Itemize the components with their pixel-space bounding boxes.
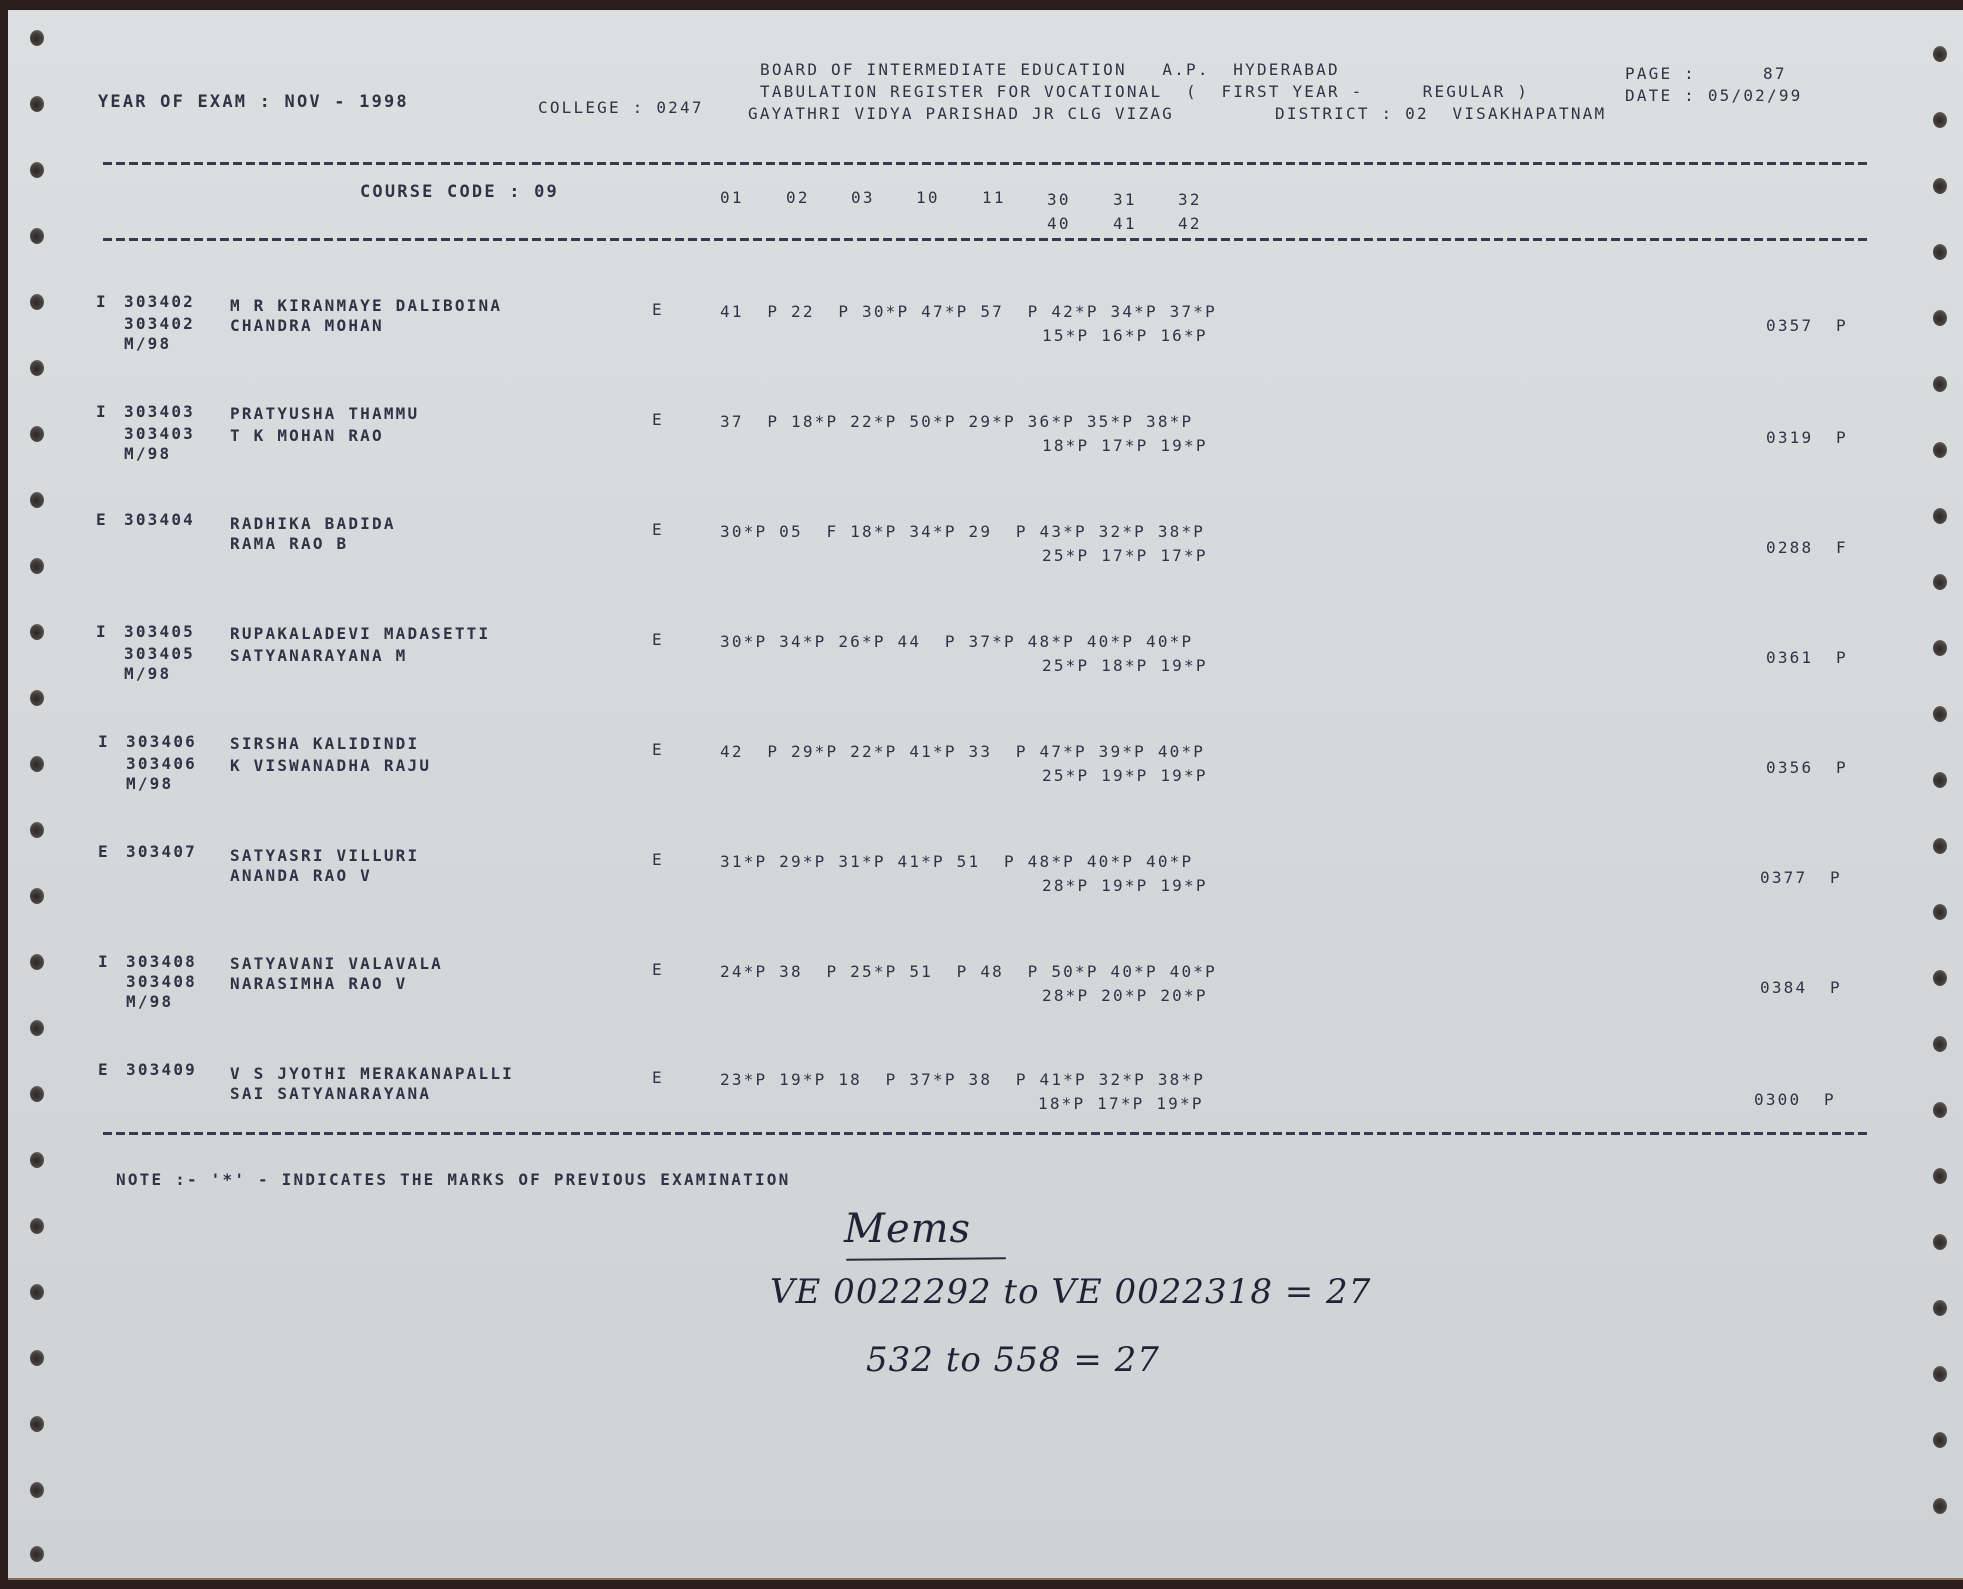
marks-row2: 28*P 19*P 19*P — [1042, 876, 1208, 895]
result-status: P — [1836, 648, 1848, 667]
student-name: M R KIRANMAYE DALIBOINA — [230, 296, 502, 315]
subject-code: 01 — [720, 188, 744, 207]
footnote: NOTE :- '*' - INDICATES THE MARKS OF PRE… — [116, 1170, 790, 1189]
previous-exam: M/98 — [124, 664, 171, 683]
total-marks: 0356 — [1766, 758, 1813, 777]
college-name: GAYATHRI VIDYA PARISHAD JR CLG VIZAG — [748, 104, 1174, 123]
hall-ticket-number: 303408 — [126, 952, 197, 971]
total-marks: 0377 — [1760, 868, 1807, 887]
medium: E — [652, 740, 664, 759]
hall-ticket-number: 303404 — [124, 510, 195, 529]
left-tractor-feed-holes — [30, 10, 60, 1578]
medium: E — [652, 960, 664, 979]
marks-row1: 31*P 29*P 31*P 41*P 51 P 48*P 40*P 40*P — [720, 852, 1193, 871]
feed-hole-icon — [1933, 904, 1947, 920]
feed-hole-icon — [30, 294, 44, 310]
feed-hole-icon — [30, 1020, 44, 1036]
feed-hole-icon — [30, 96, 44, 112]
reference-number: 303406 — [126, 754, 197, 773]
medium: E — [652, 520, 664, 539]
parent-name: NARASIMHA RAO V — [230, 974, 408, 993]
medium: E — [652, 300, 664, 319]
signature-underline — [846, 1257, 1006, 1260]
register-title: TABULATION REGISTER FOR VOCATIONAL ( FIR… — [760, 82, 1529, 101]
feed-hole-icon — [1933, 1366, 1947, 1382]
reference-number: 303405 — [124, 644, 195, 663]
parent-name: T K MOHAN RAO — [230, 426, 384, 445]
candidate-type: I — [96, 402, 108, 421]
total-marks: 0357 — [1766, 316, 1813, 335]
marks-row1: 42 P 29*P 22*P 41*P 33 P 47*P 39*P 40*P — [720, 742, 1205, 761]
total-marks: 0384 — [1760, 978, 1807, 997]
feed-hole-icon — [30, 228, 44, 244]
course-code: COURSE CODE : 09 — [360, 182, 559, 202]
candidate-type: I — [98, 952, 110, 971]
medium: E — [652, 410, 664, 429]
result-status: F — [1836, 538, 1848, 557]
feed-hole-icon — [30, 558, 44, 574]
handwritten-serial-range: VE 0022292 to VE 0022318 = 27 — [770, 1272, 1371, 1312]
subject-code: 30 — [1047, 190, 1071, 209]
feed-hole-icon — [1933, 1498, 1947, 1514]
marks-row2: 25*P 17*P 17*P — [1042, 546, 1208, 565]
feed-hole-icon — [1933, 1432, 1947, 1448]
feed-hole-icon — [1933, 1036, 1947, 1052]
page-label: PAGE : — [1625, 64, 1696, 83]
candidate-type: E — [98, 1060, 110, 1079]
feed-hole-icon — [1933, 442, 1947, 458]
candidate-type: E — [98, 842, 110, 861]
marks-row2: 25*P 18*P 19*P — [1042, 656, 1208, 675]
feed-hole-icon — [30, 822, 44, 838]
candidate-type: I — [96, 622, 108, 641]
result-status: P — [1836, 428, 1848, 447]
feed-hole-icon — [1933, 46, 1947, 62]
hall-ticket-number: 303402 — [124, 292, 195, 311]
feed-hole-icon — [30, 492, 44, 508]
feed-hole-icon — [30, 756, 44, 772]
hall-ticket-number: 303405 — [124, 622, 195, 641]
marks-row2: 15*P 16*P 16*P — [1042, 326, 1208, 345]
feed-hole-icon — [30, 426, 44, 442]
year-of-exam: YEAR OF EXAM : NOV - 1998 — [98, 92, 409, 112]
feed-hole-icon — [1933, 244, 1947, 260]
feed-hole-icon — [30, 1218, 44, 1234]
parent-name: SAI SATYANARAYANA — [230, 1084, 431, 1103]
reference-number: 303403 — [124, 424, 195, 443]
medium: E — [652, 1068, 664, 1087]
student-name: RADHIKA BADIDA — [230, 514, 396, 533]
subject-code: 32 — [1178, 190, 1202, 209]
feed-hole-icon — [1933, 1168, 1947, 1184]
subject-code: 40 — [1047, 214, 1071, 233]
feed-hole-icon — [30, 888, 44, 904]
student-name: V S JYOTHI MERAKANAPALLI — [230, 1064, 514, 1083]
marks-row1: 23*P 19*P 18 P 37*P 38 P 41*P 32*P 38*P — [720, 1070, 1205, 1089]
candidate-type: E — [96, 510, 108, 529]
reference-number: 303408 — [126, 972, 197, 991]
feed-hole-icon — [1933, 508, 1947, 524]
result-status: P — [1824, 1090, 1836, 1109]
subject-code: 41 — [1113, 214, 1137, 233]
district: DISTRICT : 02 VISAKHAPATNAM — [1275, 104, 1606, 123]
student-name: SATYASRI VILLURI — [230, 846, 419, 865]
subject-code: 03 — [851, 188, 875, 207]
feed-hole-icon — [1933, 1102, 1947, 1118]
marks-row1: 41 P 22 P 30*P 47*P 57 P 42*P 34*P 37*P — [720, 302, 1217, 321]
print-date: DATE : 05/02/99 — [1625, 86, 1803, 105]
reference-number: 303402 — [124, 314, 195, 333]
feed-hole-icon — [1933, 112, 1947, 128]
medium: E — [652, 630, 664, 649]
handwritten-count-range: 532 to 558 = 27 — [866, 1340, 1160, 1380]
feed-hole-icon — [1933, 970, 1947, 986]
previous-exam: M/98 — [124, 334, 171, 353]
feed-hole-icon — [30, 1416, 44, 1432]
subject-code: 02 — [786, 188, 810, 207]
marks-row2: 18*P 17*P 19*P — [1038, 1094, 1204, 1113]
total-marks: 0300 — [1754, 1090, 1801, 1109]
previous-exam: M/98 — [124, 444, 171, 463]
marks-row2: 18*P 17*P 19*P — [1042, 436, 1208, 455]
feed-hole-icon — [30, 1546, 44, 1562]
marks-row2: 25*P 19*P 19*P — [1042, 766, 1208, 785]
parent-name: ANANDA RAO V — [230, 866, 372, 885]
page-number: 87 — [1763, 64, 1787, 83]
student-name: SATYAVANI VALAVALA — [230, 954, 443, 973]
feed-hole-icon — [30, 1482, 44, 1498]
feed-hole-icon — [1933, 178, 1947, 194]
tabulation-register-sheet: BOARD OF INTERMEDIATE EDUCATION A.P. HYD… — [8, 10, 1963, 1580]
subject-code: 31 — [1113, 190, 1137, 209]
candidate-type: I — [98, 732, 110, 751]
feed-hole-icon — [1933, 376, 1947, 392]
student-name: SIRSHA KALIDINDI — [230, 734, 419, 753]
parent-name: RAMA RAO B — [230, 534, 348, 553]
feed-hole-icon — [30, 1350, 44, 1366]
feed-hole-icon — [30, 1152, 44, 1168]
feed-hole-icon — [1933, 838, 1947, 854]
feed-hole-icon — [30, 30, 44, 46]
feed-hole-icon — [1933, 574, 1947, 590]
total-marks: 0288 — [1766, 538, 1813, 557]
handwritten-signature: Mems — [844, 1206, 971, 1252]
student-name: RUPAKALADEVI MADASETTI — [230, 624, 490, 643]
subject-code: 10 — [916, 188, 940, 207]
hall-ticket-number: 303409 — [126, 1060, 197, 1079]
divider-line — [103, 1132, 1868, 1135]
marks-row1: 24*P 38 P 25*P 51 P 48 P 50*P 40*P 40*P — [720, 962, 1217, 981]
result-status: P — [1830, 978, 1842, 997]
divider-line — [103, 238, 1868, 241]
feed-hole-icon — [1933, 772, 1947, 788]
feed-hole-icon — [30, 162, 44, 178]
marks-row1: 30*P 05 F 18*P 34*P 29 P 43*P 32*P 38*P — [720, 522, 1205, 541]
college-code: COLLEGE : 0247 — [538, 98, 704, 117]
feed-hole-icon — [1933, 1234, 1947, 1250]
divider-line — [103, 162, 1868, 165]
result-status: P — [1836, 758, 1848, 777]
medium: E — [652, 850, 664, 869]
marks-row1: 30*P 34*P 26*P 44 P 37*P 48*P 40*P 40*P — [720, 632, 1193, 651]
feed-hole-icon — [1933, 640, 1947, 656]
previous-exam: M/98 — [126, 992, 173, 1011]
marks-row2: 28*P 20*P 20*P — [1042, 986, 1208, 1005]
feed-hole-icon — [30, 624, 44, 640]
total-marks: 0319 — [1766, 428, 1813, 447]
result-status: P — [1830, 868, 1842, 887]
feed-hole-icon — [30, 1086, 44, 1102]
right-tractor-feed-holes — [1933, 10, 1963, 1578]
hall-ticket-number: 303406 — [126, 732, 197, 751]
candidate-type: I — [96, 292, 108, 311]
subject-code: 42 — [1178, 214, 1202, 233]
marks-row1: 37 P 18*P 22*P 50*P 29*P 36*P 35*P 38*P — [720, 412, 1193, 431]
feed-hole-icon — [1933, 1300, 1947, 1316]
hall-ticket-number: 303407 — [126, 842, 197, 861]
hall-ticket-number: 303403 — [124, 402, 195, 421]
parent-name: SATYANARAYANA M — [230, 646, 408, 665]
feed-hole-icon — [30, 954, 44, 970]
total-marks: 0361 — [1766, 648, 1813, 667]
previous-exam: M/98 — [126, 774, 173, 793]
feed-hole-icon — [30, 1284, 44, 1300]
feed-hole-icon — [30, 690, 44, 706]
student-name: PRATYUSHA THAMMU — [230, 404, 419, 423]
subject-code: 11 — [982, 188, 1006, 207]
feed-hole-icon — [1933, 310, 1947, 326]
board-title: BOARD OF INTERMEDIATE EDUCATION A.P. HYD… — [760, 60, 1340, 79]
parent-name: CHANDRA MOHAN — [230, 316, 384, 335]
parent-name: K VISWANADHA RAJU — [230, 756, 431, 775]
feed-hole-icon — [1933, 706, 1947, 722]
feed-hole-icon — [30, 360, 44, 376]
result-status: P — [1836, 316, 1848, 335]
